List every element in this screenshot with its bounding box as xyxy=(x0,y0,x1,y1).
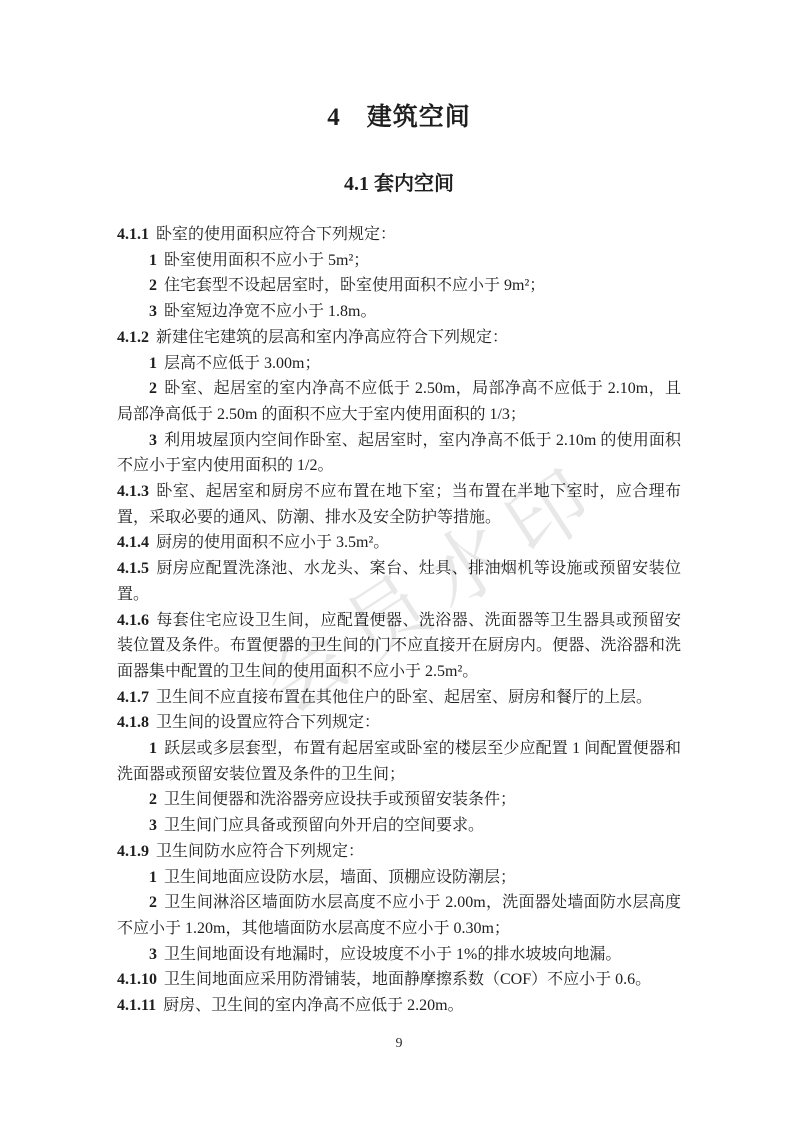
clause-number: 4.1.8 xyxy=(117,714,156,731)
item-text: 卫生间淋浴区墙面防水层高度不应小于 2.00m，洗面器处墙面防水层高度不应小于 … xyxy=(117,894,681,937)
clause-item: 2卧室、起居室的室内净高不应低于 2.50m，局部净高不应低于 2.10m，且局… xyxy=(117,376,681,427)
item-number: 1 xyxy=(149,252,164,269)
item-text: 卫生间便器和洗浴器旁应设扶手或预留安装条件； xyxy=(164,791,516,808)
clause-item: 2卫生间便器和洗浴器旁应设扶手或预留安装条件； xyxy=(117,787,681,813)
clause-text: 卧室的使用面积应符合下列规定： xyxy=(156,226,396,243)
page-number: 9 xyxy=(117,1034,681,1054)
clause-item: 1跃层或多层套型，布置有起居室或卧室的楼层至少应配置 1 间配置便器和洗面器或预… xyxy=(117,736,681,787)
item-text: 卫生间门应具备或预留向外开启的空间要求。 xyxy=(164,817,484,834)
item-number: 3 xyxy=(149,432,164,449)
clause-text: 卫生间防水应符合下列规定： xyxy=(156,843,364,860)
clause-number: 4.1.7 xyxy=(117,689,156,706)
chapter-heading: 4 建筑空间 xyxy=(117,100,681,136)
clause-item: 3卧室短边净宽不应小于 1.8m。 xyxy=(117,299,681,325)
clause-paragraph-4-1-8: 4.1.8卫生间的设置应符合下列规定： xyxy=(117,710,681,736)
item-text: 卧室使用面积不应小于 5m²； xyxy=(164,252,369,269)
clause-number: 4.1.2 xyxy=(117,329,156,346)
clause-list: 4.1.1卧室的使用面积应符合下列规定： 1卧室使用面积不应小于 5m²； 2住… xyxy=(117,222,681,1019)
clause-number: 4.1.6 xyxy=(117,612,156,629)
clause-item: 1层高不应低于 3.00m； xyxy=(117,351,681,377)
clause-number: 4.1.4 xyxy=(117,534,156,551)
item-number: 1 xyxy=(149,355,164,372)
clause-paragraph-4-1-2: 4.1.2新建住宅建筑的层高和室内净高应符合下列规定： xyxy=(117,325,681,351)
clause-text: 卫生间不应直接布置在其他住户的卧室、起居室、厨房和餐厅的上层。 xyxy=(156,689,652,706)
page-content: 4 建筑空间 4.1 套内空间 4.1.1卧室的使用面积应符合下列规定： 1卧室… xyxy=(0,0,794,1054)
clause-number: 4.1.9 xyxy=(117,843,156,860)
clause-item: 3卫生间地面设有地漏时，应设坡度不小于 1%的排水坡坡向地漏。 xyxy=(117,942,681,968)
item-number: 2 xyxy=(149,791,164,808)
clause-paragraph-4-1-7: 4.1.7卫生间不应直接布置在其他住户的卧室、起居室、厨房和餐厅的上层。 xyxy=(117,685,681,711)
clause-text: 厨房、卫生间的室内净高不应低于 2.20m。 xyxy=(163,997,463,1014)
clause-paragraph-4-1-3: 4.1.3卧室、起居室和厨房不应布置在地下室；当布置在半地下室时，应合理布置，采… xyxy=(117,479,681,530)
item-number: 1 xyxy=(149,740,164,757)
item-number: 3 xyxy=(149,817,164,834)
clause-text: 每套住宅应设卫生间，应配置便器、洗浴器、洗面器等卫生器具或预留安装位置及条件。布… xyxy=(117,612,681,680)
clause-text: 厨房的使用面积不应小于 3.5m²。 xyxy=(156,534,389,551)
clause-item: 3利用坡屋顶内空间作卧室、起居室时，室内净高不低于 2.10m 的使用面积不应小… xyxy=(117,428,681,479)
clause-item: 3卫生间门应具备或预留向外开启的空间要求。 xyxy=(117,813,681,839)
item-text: 卫生间地面应设防水层，墙面、顶棚应设防潮层； xyxy=(164,869,516,886)
item-text: 卧室短边净宽不应小于 1.8m。 xyxy=(164,303,376,320)
section-heading: 4.1 套内空间 xyxy=(117,170,681,198)
clause-number: 4.1.11 xyxy=(117,997,163,1014)
clause-item: 1卫生间地面应设防水层，墙面、顶棚应设防潮层； xyxy=(117,865,681,891)
item-text: 卧室、起居室的室内净高不应低于 2.50m，局部净高不应低于 2.10m，且局部… xyxy=(117,380,681,423)
clause-text: 卫生间地面应采用防滑铺装，地面静摩擦系数（COF）不应小于 0.6。 xyxy=(164,971,651,988)
clause-item: 2卫生间淋浴区墙面防水层高度不应小于 2.00m，洗面器处墙面防水层高度不应小于… xyxy=(117,890,681,941)
clause-number: 4.1.5 xyxy=(117,560,156,577)
clause-item: 1卧室使用面积不应小于 5m²； xyxy=(117,248,681,274)
clause-paragraph-4-1-6: 4.1.6每套住宅应设卫生间，应配置便器、洗浴器、洗面器等卫生器具或预留安装位置… xyxy=(117,608,681,685)
clause-number: 4.1.10 xyxy=(117,971,164,988)
clause-text: 卫生间的设置应符合下列规定： xyxy=(156,714,380,731)
item-number: 1 xyxy=(149,869,164,886)
clause-text: 厨房应配置洗涤池、水龙头、案台、灶具、排油烟机等设施或预留安装位置。 xyxy=(117,560,681,603)
item-number: 3 xyxy=(149,303,164,320)
clause-paragraph-4-1-9: 4.1.9卫生间防水应符合下列规定： xyxy=(117,839,681,865)
item-text: 层高不应低于 3.00m； xyxy=(164,355,320,372)
item-text: 卫生间地面设有地漏时，应设坡度不小于 1%的排水坡坡向地漏。 xyxy=(164,946,621,963)
clause-item: 2住宅套型不设起居室时，卧室使用面积不应小于 9m²； xyxy=(117,273,681,299)
clause-paragraph-4-1-10: 4.1.10卫生间地面应采用防滑铺装，地面静摩擦系数（COF）不应小于 0.6。 xyxy=(117,967,681,993)
item-number: 2 xyxy=(149,277,164,294)
item-number: 2 xyxy=(149,380,164,397)
item-number: 3 xyxy=(149,946,164,963)
clause-paragraph-4-1-5: 4.1.5厨房应配置洗涤池、水龙头、案台、灶具、排油烟机等设施或预留安装位置。 xyxy=(117,556,681,607)
item-number: 2 xyxy=(149,894,164,911)
clause-paragraph-4-1-11: 4.1.11厨房、卫生间的室内净高不应低于 2.20m。 xyxy=(117,993,681,1019)
item-text: 利用坡屋顶内空间作卧室、起居室时，室内净高不低于 2.10m 的使用面积不应小于… xyxy=(117,432,681,475)
item-text: 跃层或多层套型，布置有起居室或卧室的楼层至少应配置 1 间配置便器和洗面器或预留… xyxy=(117,740,681,783)
clause-text: 新建住宅建筑的层高和室内净高应符合下列规定： xyxy=(156,329,508,346)
clause-number: 4.1.3 xyxy=(117,483,156,500)
clause-text: 卧室、起居室和厨房不应布置在地下室；当布置在半地下室时，应合理布置，采取必要的通… xyxy=(117,483,681,526)
clause-paragraph-4-1-1: 4.1.1卧室的使用面积应符合下列规定： xyxy=(117,222,681,248)
item-text: 住宅套型不设起居室时，卧室使用面积不应小于 9m²； xyxy=(164,277,545,294)
document-page: 会员水印 4 建筑空间 4.1 套内空间 4.1.1卧室的使用面积应符合下列规定… xyxy=(0,0,794,1123)
clause-number: 4.1.1 xyxy=(117,226,156,243)
clause-paragraph-4-1-4: 4.1.4厨房的使用面积不应小于 3.5m²。 xyxy=(117,530,681,556)
